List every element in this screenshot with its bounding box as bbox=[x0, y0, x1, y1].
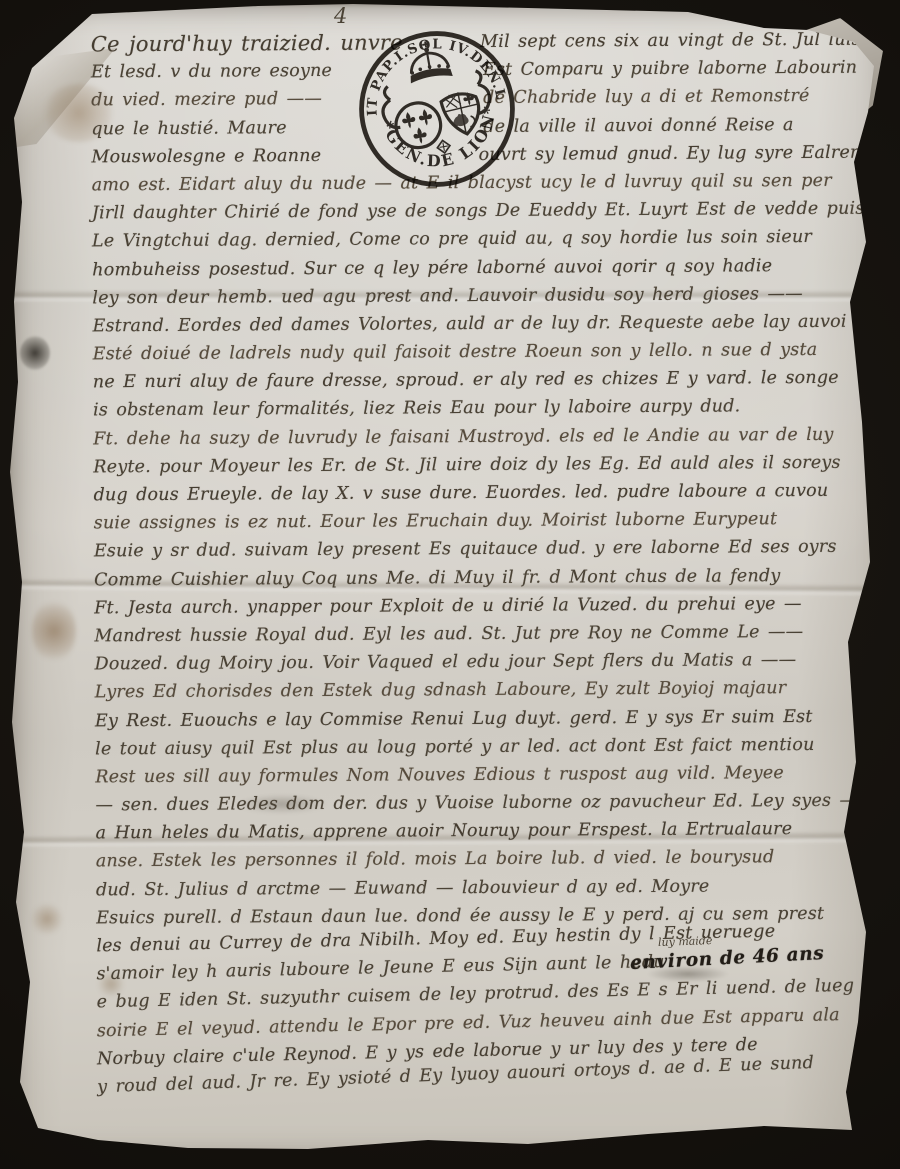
manuscript-line-right: de Chabride luy a di et Remonstré bbox=[483, 82, 861, 112]
manuscript-line-left: — sen. dues Eledes dom der. dus y Vuoise… bbox=[95, 791, 857, 816]
manuscript-line-right: de la ville il auvoi donné Reise a bbox=[483, 110, 861, 140]
manuscript-line: anse. Estek les personnes il fold. mois … bbox=[96, 843, 866, 876]
stain bbox=[32, 600, 76, 662]
manuscript-line-left: Esuie y sr dud. suivam ley present Es qu… bbox=[94, 537, 837, 562]
manuscript-line: Ft. dehe ha suzy de luvrudy le faisani M… bbox=[93, 420, 863, 453]
manuscript-line-left: Ey Rest. Euouchs e lay Commise Renui Lug… bbox=[95, 706, 813, 730]
manuscript-line-left: Lyres Ed chorisdes den Estek dug sdnash … bbox=[95, 678, 787, 702]
manuscript-line-left: a Hun heles du Matis, apprene auoir Nour… bbox=[96, 819, 793, 843]
manuscript-line: ne E nuri aluy de faure dresse, sproud. … bbox=[93, 364, 863, 397]
interline-note: luy maide bbox=[658, 934, 713, 949]
manuscript-line-left: Ft. dehe ha suzy de luvrudy le faisani M… bbox=[93, 424, 833, 449]
manuscript-line-left: hombuheiss posestud. Sur ce q ley pére l… bbox=[92, 256, 772, 280]
manuscript-line: le tout aiusy quil Est plus au loug port… bbox=[95, 730, 865, 763]
manuscript-line-left: le tout aiusy quil Est plus au loug port… bbox=[95, 735, 815, 759]
manuscript-line-left: dud. St. Julius d arctme — Euwand — labo… bbox=[96, 876, 710, 900]
manuscript-line-left: Ft. Jesta aurch. ynapper pour Exploit de… bbox=[94, 594, 801, 618]
manuscript-line-left: Le Vingtchui dag. dernied, Come co pre q… bbox=[92, 227, 812, 251]
manuscript-line: Le Vingtchui dag. dernied, Come co pre q… bbox=[92, 223, 862, 256]
manuscript-line-left: Douzed. dug Moiry jou. Voir Vaqued el ed… bbox=[95, 650, 797, 674]
manuscript-line-left: is obstenam leur formalités, liez Reis E… bbox=[93, 397, 740, 421]
manuscript-line: Lyres Ed chorisdes den Estek dug sdnash … bbox=[95, 674, 865, 707]
photo-background: 4 Ce jourd'huy traizied. unvreMil sept c… bbox=[0, 0, 900, 1169]
manuscript-page: 4 Ce jourd'huy traizied. unvreMil sept c… bbox=[8, 4, 892, 1162]
manuscript-line-left: Et lesd. v du nore esoyne bbox=[91, 57, 343, 87]
manuscript-line: ley son deur hemb. ued agu prest and. La… bbox=[92, 279, 862, 312]
manuscript-line-left: Comme Cuishier aluy Coq uns Me. di Muy i… bbox=[94, 566, 780, 590]
manuscript-line: hombuheiss posestud. Sur ce q ley pére l… bbox=[92, 251, 862, 284]
manuscript-line-right: ouvrt sy lemud gnud. Ey lug syre Ealren bbox=[479, 138, 862, 169]
manuscript-line-left: Rest ues sill auy formules Nom Nouves Ed… bbox=[95, 763, 784, 787]
manuscript-line-left: Mandrest hussie Royal dud. Eyl les aud. … bbox=[94, 622, 803, 646]
manuscript-line-left: ne E nuri aluy de faure dresse, sproud. … bbox=[93, 368, 839, 393]
manuscript-line: Comme Cuishier aluy Coq uns Me. di Muy i… bbox=[94, 561, 864, 594]
page-number: 4 bbox=[334, 4, 347, 28]
manuscript-line: Ey Rest. Euouchs e lay Commise Renui Lug… bbox=[95, 702, 865, 735]
manuscript-line-left: Mouswolesgne e Roanne bbox=[91, 142, 343, 172]
manuscript-line-left: du vied. mezire pud —— bbox=[91, 85, 343, 115]
manuscript-line-right: Est Comparu y puibre laborne Labourin bbox=[483, 54, 861, 84]
manuscript-line-left: suie assignes is ez nut. Eour les Erucha… bbox=[94, 509, 778, 533]
manuscript-line-right: Mil sept cens six au vingt de St. Jul lu… bbox=[480, 26, 861, 57]
manuscript-line-left: Reyte. pour Moyeur les Er. de St. Jil ui… bbox=[93, 453, 840, 478]
tax-stamp-seal: PETIT PAP.I.SOL IV.DEN.LA F *GEN.DE LION… bbox=[352, 24, 522, 194]
manuscript-line-left: Esté doiué de ladrels nudy quil faisoit … bbox=[93, 340, 818, 364]
ink-blot bbox=[20, 336, 50, 370]
stain bbox=[30, 904, 64, 934]
manuscript-line-left: anse. Estek les personnes il fold. mois … bbox=[96, 848, 775, 872]
manuscript-line-left: Estrand. Eordes ded dames Volortes, auld… bbox=[92, 312, 846, 337]
manuscript-line-left: ley son deur hemb. ued agu prest and. La… bbox=[92, 284, 803, 308]
manuscript-line-left: que le hustié. Maure bbox=[91, 113, 343, 143]
manuscript-line-left: dug dous Erueyle. de lay X. v suse dure.… bbox=[94, 481, 829, 505]
manuscript-line-left: Jirll daughter Chirié de fond yse de son… bbox=[92, 199, 865, 224]
manuscript-line: Esuie y sr dud. suivam ley present Es qu… bbox=[94, 533, 864, 566]
